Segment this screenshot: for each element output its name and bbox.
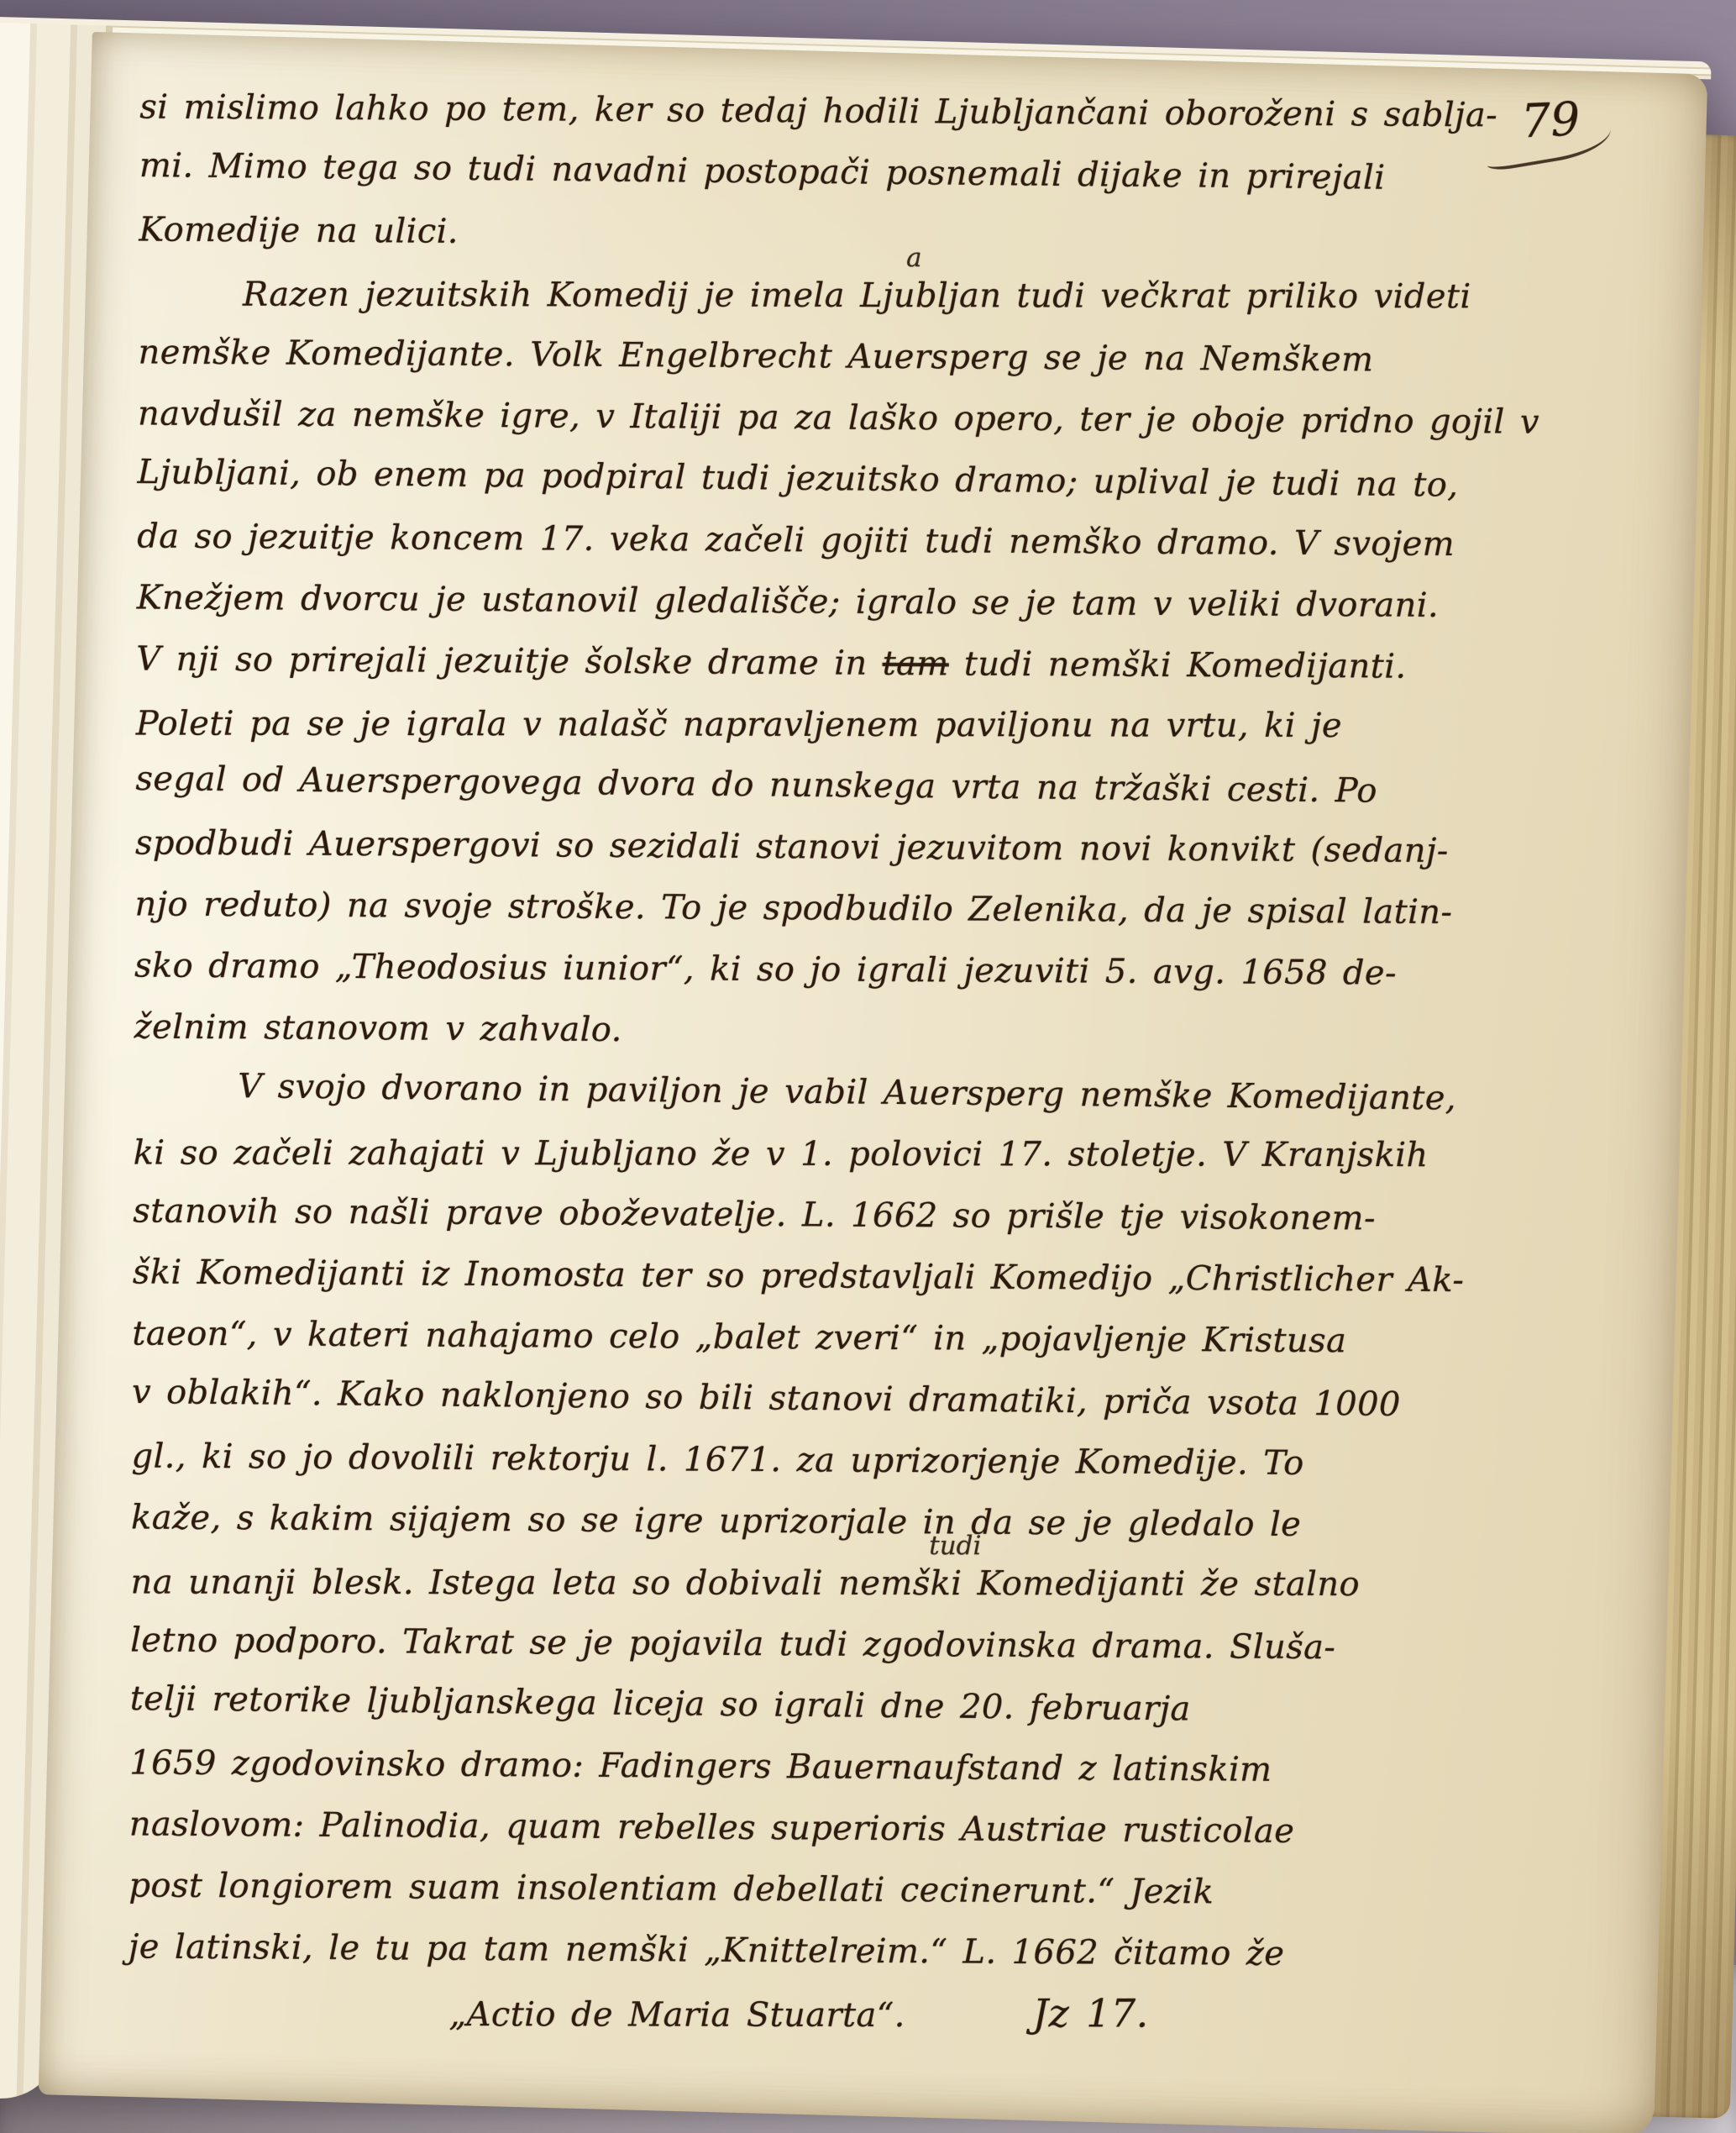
struck-word: tam [883, 644, 949, 683]
inserted-word: tudi [929, 1533, 981, 1559]
manuscript-line: 1659 zgodovinsko dramo: Fadingers Bauern… [129, 1732, 1665, 1803]
manuscript-line: ki so začeli zahajati v Ljubljano že v 1… [134, 1122, 1669, 1186]
manuscript-line: naslovom: Palinodia, quam rebelles super… [129, 1794, 1665, 1864]
manuscript-line: je latinski, le tu pa tam nemški „Knitte… [128, 1916, 1664, 1987]
archival-mark: Jz 17. [1033, 1990, 1149, 2036]
manuscript-line: gl., ki so jo dovolili rektorju l. 1671.… [131, 1426, 1666, 1496]
manuscript-text: si mislimo lahko po tem, ker so tedaj ho… [128, 76, 1675, 2051]
manuscript-line: Poleti pa se je igrala v nalašč napravlj… [136, 693, 1671, 757]
manuscript-line: spodbudi Auerspergovi so sezidali stanov… [135, 812, 1670, 883]
photo-scene: 79 si mislimo lahko po tem, ker so tedaj… [0, 0, 1736, 2133]
manuscript-line: V svojo dvorano in paviljon je vabil Aue… [134, 1055, 1670, 1132]
manuscript-line: njo reduto) na svoje stroške. To je spod… [134, 874, 1670, 944]
manuscript-line: Knežjem dvorcu je ustanovil gledališče; … [137, 567, 1672, 638]
manuscript-line: Razen jezuitskih Komedij je imela Ljublj… [139, 264, 1674, 328]
manuscript-line: kaže, s kakim sijajem so se igre uprizor… [131, 1487, 1666, 1558]
manuscript-line: sko dramo „Theodosius iunior“, ki so jo … [134, 935, 1670, 1006]
manuscript-line: ški Komedijanti iz Inomosta ter so preds… [133, 1242, 1668, 1312]
manuscript-line: post longiorem suam insolentiam debellat… [128, 1855, 1664, 1925]
book: 79 si mislimo lahko po tem, ker so tedaj… [0, 29, 1736, 2133]
inserted-word: a [906, 245, 922, 271]
manuscript-line: na unanji blesk. Istega leta so dobivali… [131, 1552, 1666, 1616]
manuscript-page: 79 si mislimo lahko po tem, ker so tedaj… [39, 32, 1708, 2133]
manuscript-line: V nji so prirejali jezuitje šolske drame… [136, 628, 1671, 699]
manuscript-line: „Actio de Maria Stuarta“.Jz 17. [128, 1981, 1663, 2047]
manuscript-line: stanovih so našli prave oboževatelje. L.… [133, 1180, 1668, 1251]
manuscript-line: da so jezuitje koncem 17. veka začeli go… [137, 506, 1672, 576]
manuscript-line: nemške Komedijante. Volk Engelbrecht Aue… [138, 322, 1673, 392]
